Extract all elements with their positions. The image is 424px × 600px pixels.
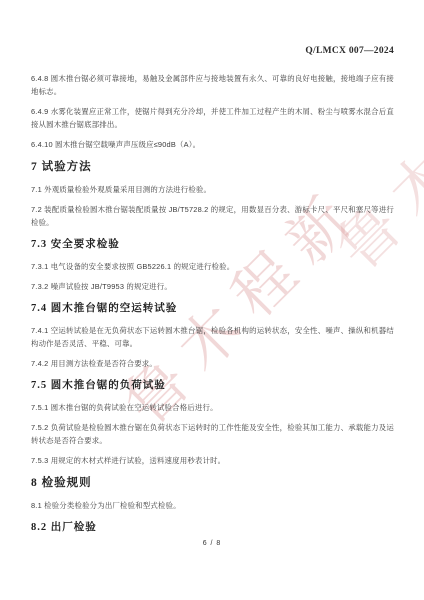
clause-7-3-2: 7.3.2 噪声试验按 JB/T9953 的规定进行。	[31, 280, 394, 293]
clause-6-4-8: 6.4.8 圆木推台锯必须可靠接地，易触及金属部件应与接地装置有永久、可靠的良好…	[31, 72, 394, 98]
clause-7-1: 7.1 外观质量检验外观质量采用目测的方法进行检验。	[31, 183, 394, 196]
clause-7-3-1: 7.3.1 电气设备的安全要求按照 GB5226.1 的规定进行检验。	[31, 260, 394, 273]
clause-7-5-3: 7.5.3 用规定的木材式样进行试验，送料速度用秒表计时。	[31, 454, 394, 467]
clause-7-4-1: 7.4.1 空运转试验是在无负荷状态下运转圆木推台锯，检验各机构的运转状态，安全…	[31, 324, 394, 350]
clause-7-4-2: 7.4.2 用目测方法检查是否符合要求。	[31, 357, 394, 370]
document-page: 鲁木程新 鲁木程新 Q/LMCX 007—2024 6.4.8 圆木推台锯必须可…	[0, 0, 424, 600]
section-heading-7: 7 试验方法	[31, 159, 394, 175]
clause-7-5-1: 7.5.1 圆木推台锯的负荷试验在空运转试验合格后进行。	[31, 401, 394, 414]
section-heading-7-5: 7.5 圆木推台锯的负荷试验	[31, 378, 394, 393]
section-heading-7-3: 7.3 安全要求检验	[31, 237, 394, 252]
clause-7-2: 7.2 装配质量检验圆木推台锯装配质量按 JB/T5728.2 的规定，用数显百…	[31, 203, 394, 229]
clause-6-4-9: 6.4.9 水雾化装置应正常工作，使锯片得到充分冷却，并使工件加工过程产生的木屑…	[31, 105, 394, 131]
page-number: 6 / 8	[0, 540, 424, 547]
document-content: Q/LMCX 007—2024 6.4.8 圆木推台锯必须可靠接地，易触及金属部…	[0, 0, 424, 535]
clause-7-5-2: 7.5.2 负荷试验是检验圆木推台锯在负荷状态下运转时的工作性能及安全性，检验其…	[31, 421, 394, 447]
clause-8-1: 8.1 检验分类检验分为出厂检验和型式检验。	[31, 499, 394, 512]
section-heading-8-2: 8.2 出厂检验	[31, 520, 394, 535]
document-number: Q/LMCX 007—2024	[31, 46, 394, 56]
section-heading-8: 8 检验规则	[31, 475, 394, 491]
section-heading-7-4: 7.4 圆木推台锯的空运转试验	[31, 301, 394, 316]
clause-6-4-10: 6.4.10 圆木推台锯空载噪声声压级应≤90dB（A）。	[31, 138, 394, 151]
